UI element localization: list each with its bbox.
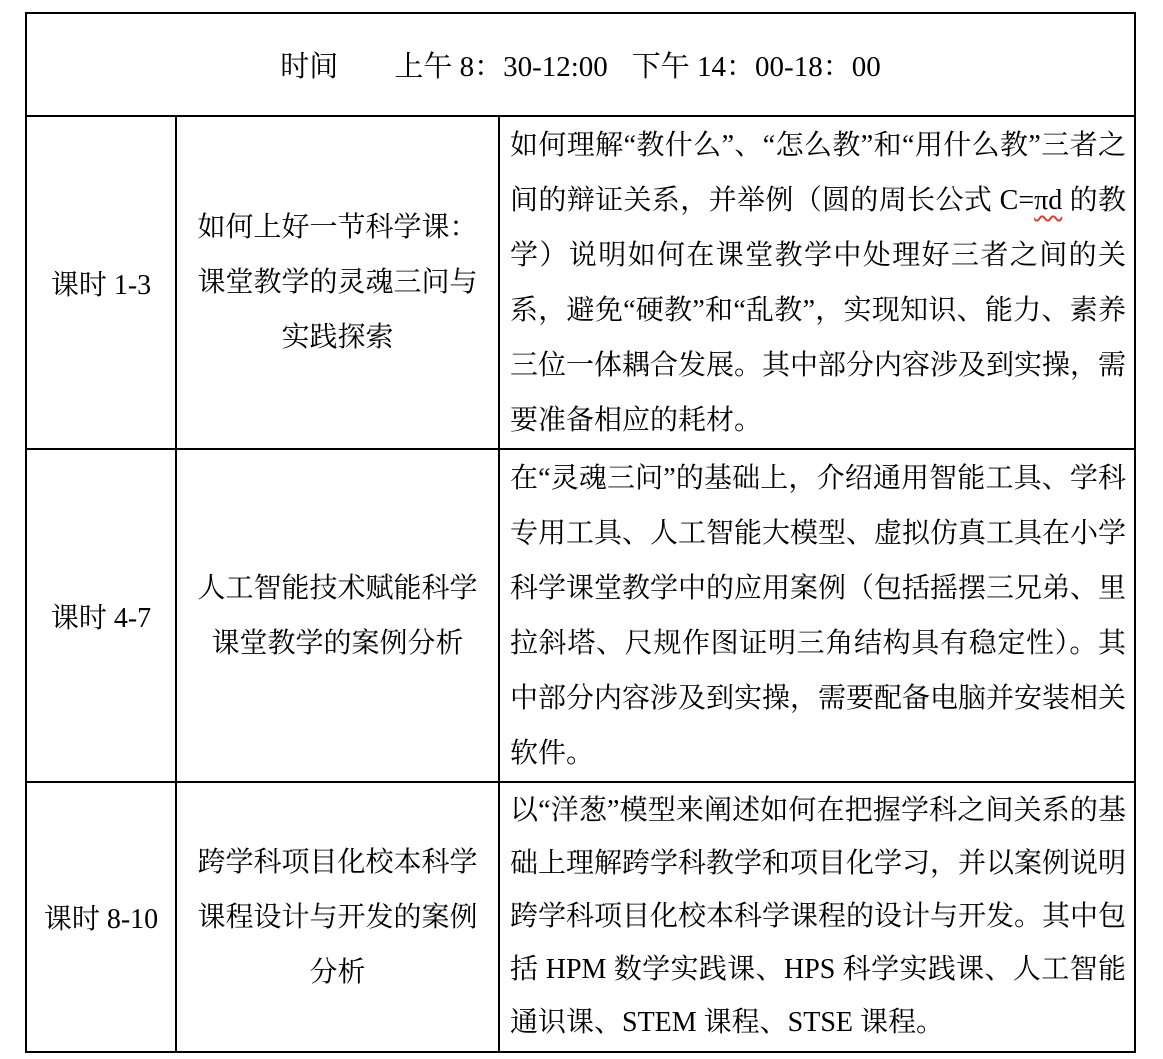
table-row-header: 时间上午 8：30-12:00下午 14：00-18：00 [26,13,1135,116]
title-line: 课程设计与开发的案例 [177,890,498,945]
title-line: 课堂教学的案例分析 [177,616,498,671]
title-cell: 人工智能技术赋能科学 课堂教学的案例分析 [176,449,499,782]
session-label: 课时 4-7 [51,603,151,634]
description-text: 在“灵魂三问”的基础上，介绍通用智能工具、学科专用工具、人工智能大模型、虚拟仿真… [510,463,1126,769]
title-line: 如何上好一节科学课： [177,200,498,255]
description-cell: 以“洋葱”模型来阐述如何在把握学科之间关系的基础上理解跨学科教学和项目化学习，并… [499,782,1135,1052]
session-label: 课时 1-3 [51,270,151,301]
title-line: 课堂教学的灵魂三问与 [177,255,498,310]
session-cell: 课时 1-3 [26,116,176,449]
description-cell: 在“灵魂三问”的基础上，介绍通用智能工具、学科专用工具、人工智能大模型、虚拟仿真… [499,449,1135,782]
afternoon-time-text: 下午 14：00-18：00 [632,51,881,83]
spellcheck-flagged-text: πd [1034,185,1062,216]
table-row-session-8-10: 课时 8-10 跨学科项目化校本科学 课程设计与开发的案例 分析 以“洋葱”模型… [26,782,1135,1052]
title-line: 跨学科项目化校本科学 [177,835,498,890]
morning-time-text: 上午 8：30-12:00 [394,51,607,83]
table-row-session-1-3: 课时 1-3 如何上好一节科学课： 课堂教学的灵魂三问与 实践探索 如何理解“教… [26,116,1135,449]
title-line: 实践探索 [177,310,498,365]
description-cell: 如何理解“教什么”、“怎么教”和“用什么教”三者之间的辩证关系，并举例（圆的周长… [499,116,1135,449]
title-cell: 如何上好一节科学课： 课堂教学的灵魂三问与 实践探索 [176,116,499,449]
session-label: 课时 8-10 [44,904,158,935]
title-cell: 跨学科项目化校本科学 课程设计与开发的案例 分析 [176,782,499,1052]
table-row-session-4-7: 课时 4-7 人工智能技术赋能科学 课堂教学的案例分析 在“灵魂三问”的基础上，… [26,449,1135,782]
time-label: 时间 [280,51,338,83]
description-text: 以“洋葱”模型来阐述如何在把握学科之间关系的基础上理解跨学科教学和项目化学习，并… [510,795,1126,1038]
document-page: 时间上午 8：30-12:00下午 14：00-18：00 课时 1-3 如何上… [0,0,1163,1059]
course-schedule-table: 时间上午 8：30-12:00下午 14：00-18：00 课时 1-3 如何上… [25,12,1136,1053]
title-line: 分析 [177,945,498,1000]
description-text: 的教学）说明如何在课堂教学中处理好三者之间的关系，避免“硬教”和“乱教”，实现知… [510,185,1126,436]
title-line: 人工智能技术赋能科学 [177,561,498,616]
session-cell: 课时 4-7 [26,449,176,782]
time-header-cell: 时间上午 8：30-12:00下午 14：00-18：00 [26,13,1135,116]
session-cell: 课时 8-10 [26,782,176,1052]
